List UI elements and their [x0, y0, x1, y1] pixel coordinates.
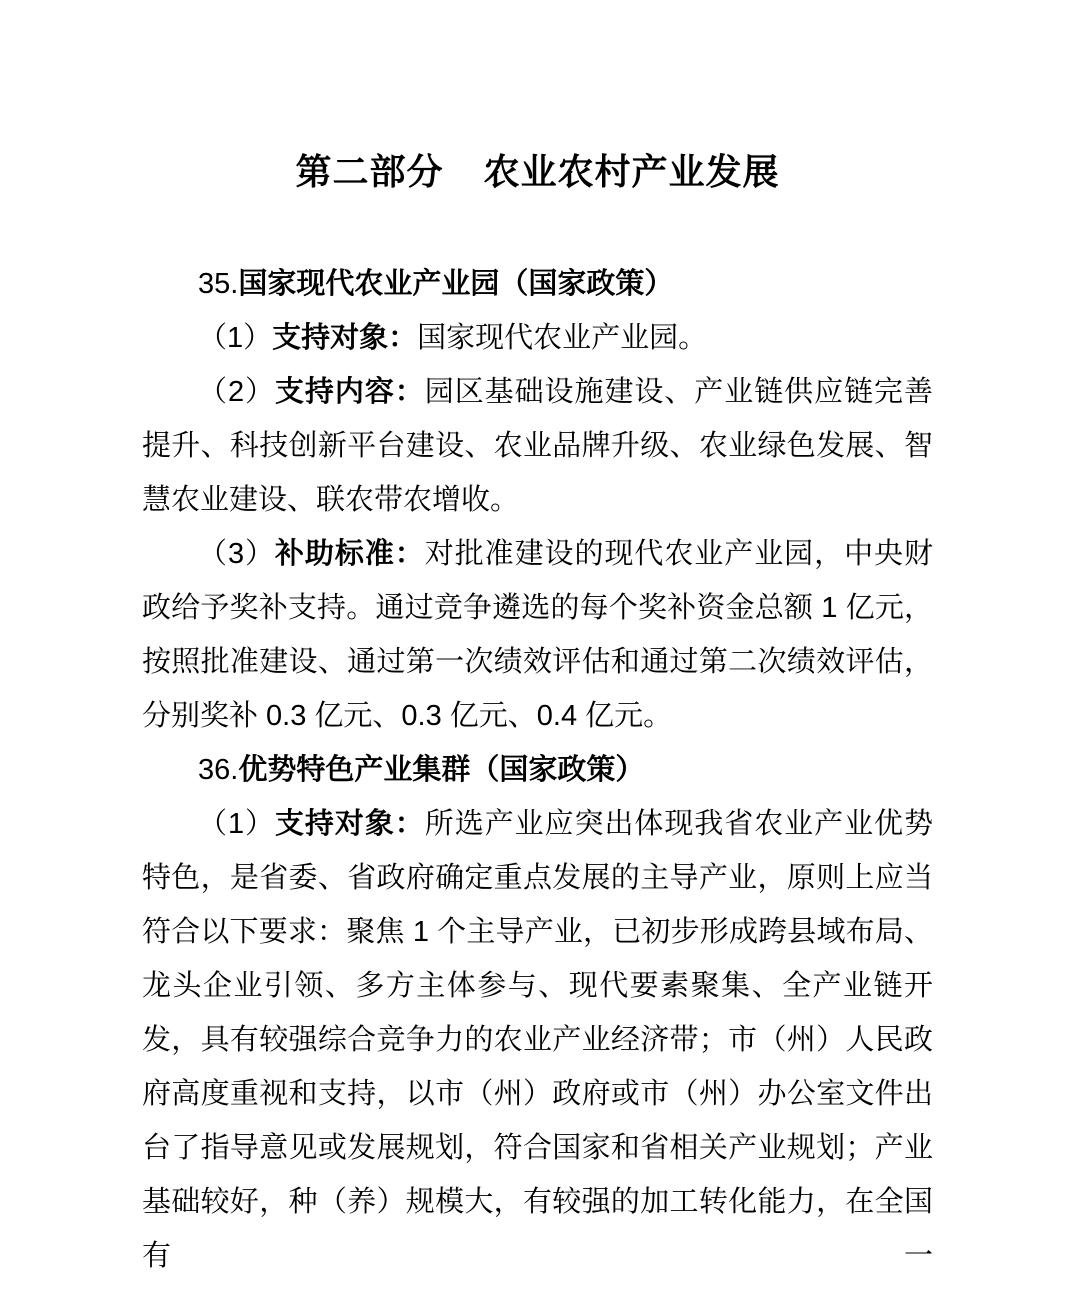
section-35-heading-text: 国家现代农业产业园（国家政策） — [238, 268, 673, 300]
document-content: 第二部分农业农村产业发展 35.国家现代农业产业园（国家政策） （1）支持对象：… — [142, 145, 933, 1283]
paragraph-text: 国家现代农业产业园。 — [417, 322, 707, 354]
document-title-part1: 第二部分 — [295, 151, 443, 192]
section-35-paragraph-1: （1）支持对象：国家现代农业产业园。 — [142, 311, 933, 365]
paragraph-number: （2） — [198, 376, 275, 408]
document-title-part2: 农业农村产业发展 — [484, 151, 780, 192]
section-36-paragraph-1: （1）支持对象：所选产业应突出体现我省农业产业优势特色，是省委、省政府确定重点发… — [142, 797, 933, 1283]
section-36-number: 36. — [198, 754, 238, 786]
paragraph-number: （1） — [198, 808, 275, 840]
section-35-number: 35. — [198, 268, 238, 300]
paragraph-label: 支持对象： — [272, 322, 417, 354]
paragraph-number: （3） — [198, 538, 275, 570]
paragraph-number: （1） — [198, 322, 272, 354]
document-title: 第二部分农业农村产业发展 — [142, 145, 933, 199]
section-35-paragraph-3: （3）补助标准：对批准建设的现代农业产业园，中央财政给予奖补支持。通过竞争遴选的… — [142, 527, 933, 743]
section-36-heading: 36.优势特色产业集群（国家政策） — [142, 743, 933, 797]
section-36-heading-text: 优势特色产业集群（国家政策） — [238, 754, 644, 786]
paragraph-label: 支持对象： — [275, 808, 425, 840]
section-35-heading: 35.国家现代农业产业园（国家政策） — [142, 257, 933, 311]
paragraph-label: 补助标准： — [275, 538, 425, 570]
paragraph-text: 所选产业应突出体现我省农业产业优势特色，是省委、省政府确定重点发展的主导产业，原… — [142, 808, 933, 1272]
section-35-paragraph-2: （2）支持内容：园区基础设施建设、产业链供应链完善提升、科技创新平台建设、农业品… — [142, 365, 933, 527]
paragraph-label: 支持内容： — [275, 376, 425, 408]
document-page: 第二部分农业农村产业发展 35.国家现代农业产业园（国家政策） （1）支持对象：… — [0, 0, 1068, 1296]
document-body: 35.国家现代农业产业园（国家政策） （1）支持对象：国家现代农业产业园。 （2… — [142, 257, 933, 1283]
